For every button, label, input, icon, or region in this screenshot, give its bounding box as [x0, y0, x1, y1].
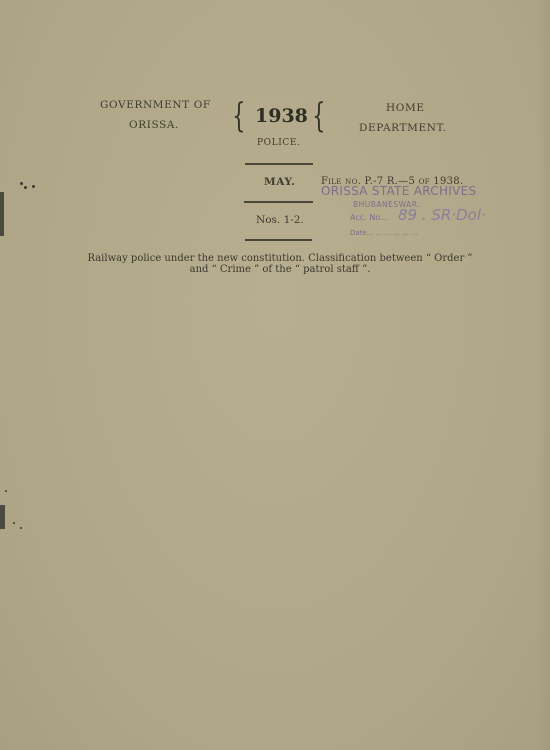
ink-speck — [32, 185, 35, 188]
subject-line-2: and “ Crime ” of the “ patrol staff ”. — [80, 264, 480, 275]
government-label: GOVERNMENT OF — [100, 99, 211, 111]
binder-hole-mark — [0, 192, 4, 236]
home-label: HOME — [386, 102, 425, 114]
divider — [245, 239, 312, 241]
accession-number: 89 . SR·Dol· — [398, 206, 486, 224]
binder-hole-mark — [0, 505, 5, 529]
numbers-label: Nos. 1-2. — [256, 214, 304, 226]
department-label: DEPARTMENT. — [359, 122, 447, 134]
ink-speck — [5, 490, 7, 492]
divider — [245, 163, 313, 165]
document-page: GOVERNMENT OF ORISSA. { 1938 { HOME DEPA… — [0, 0, 550, 750]
ink-speck — [24, 186, 27, 189]
subject-line-1: Railway police under the new constitutio… — [80, 253, 480, 264]
branch-label: POLICE. — [257, 138, 300, 148]
accession-label: Acc. No... — [350, 213, 388, 222]
year-label: 1938 — [255, 105, 308, 127]
right-brace-icon: { — [312, 96, 325, 136]
ink-speck — [13, 522, 15, 524]
date-label: Date... ... ... ... ... ... — [350, 229, 418, 237]
left-brace-icon: { — [232, 96, 245, 136]
ink-speck — [20, 527, 22, 529]
page-edge — [538, 0, 550, 750]
archive-stamp-title: ORISSA STATE ARCHIVES — [321, 184, 476, 198]
state-label: ORISSA. — [129, 119, 179, 131]
divider — [244, 201, 313, 203]
month-label: MAY. — [264, 176, 295, 188]
ink-speck — [20, 182, 23, 185]
